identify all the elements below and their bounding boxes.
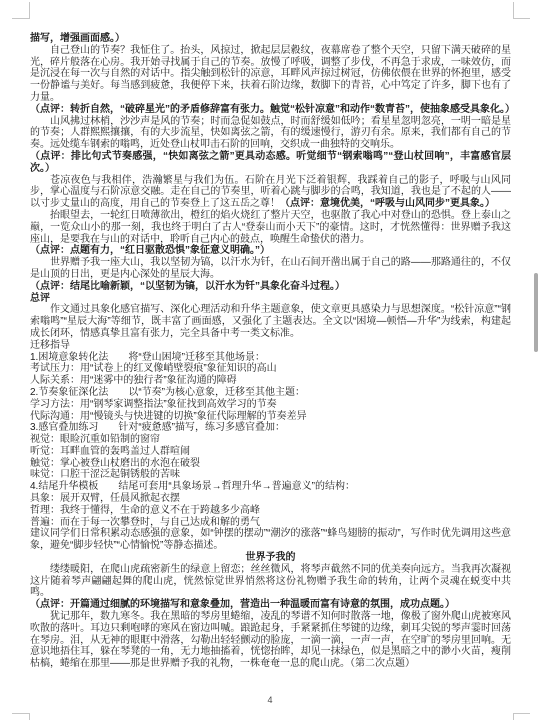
essay-paragraph: 山风拂过林梢，沙沙声是风的节奏；时而急促如鼓点，时而舒缓如低吟；看星星忽明忽亮，…: [30, 116, 511, 151]
margin-crop-mark-top-right: [513, 2, 530, 19]
bold-text-segment: （点评：开篇通过细腻的环境描写和意象叠加，营造出一种温暖而富有诗意的氛围，成功点…: [30, 599, 455, 610]
essay-paragraph: 苍凉夜色与我相伴，浩瀚繁星与我们为伍。石阶在月光下泛着银辉，我踩着自己的影子，呼…: [30, 175, 511, 210]
bold-text-segment: 总评: [30, 293, 50, 304]
text-segment: 山风拂过林梢，沙沙声是风的节奏；时而急促如鼓点，时而舒缓如低吟；看星星忽明忽亮，…: [30, 116, 511, 151]
guide-item: 学习方法：用“钢琴家调整指法”象征找到高效学习的节奏: [30, 399, 511, 411]
text-segment: 世界赠予我一座大山，我以坚韧为镐，以汗水为钎，在山石间开凿出属于自己的路——那路…: [30, 257, 511, 280]
guide-item: 听觉：耳畔血管的轰鸣盖过人群喧闹: [30, 446, 511, 458]
essay-paragraph: 世界赠予我一座大山，我以坚韧为镐，以汗水为钎，在山石间开凿出属于自己的路——那路…: [30, 257, 511, 281]
text-segment: 2.节奏象征深化法 以“节奏”为核心意象，迁移至其他主题：: [30, 387, 305, 398]
bold-text-segment: （点评：结尾比喻新颖，“以坚韧为镐，以汗水为钎”具象化奋斗过程。）: [30, 281, 345, 292]
section-heading-transfer-guide: 迁移指导: [30, 340, 511, 352]
document-page: 描写，增强画面感。）自己登山的节奏？我怔住了。抬头，风掠过，掀起层层縠纹，夜幕席…: [0, 0, 540, 720]
text-segment: 犹记那年，数九寒冬。我在黑暗的琴房里蜷缩，凌乱的琴谱不知何时散落一地，像极了窗外…: [30, 611, 511, 669]
essay-paragraph: 犹记那年，数九寒冬。我在黑暗的琴房里蜷缩，凌乱的琴谱不知何时散落一地，像极了窗外…: [30, 611, 511, 670]
guide-item: 普遍：而在于每一次攀登时，与自己达成和解的勇气: [30, 517, 511, 529]
guide-item: 人际关系：用“迷雾中的独行者”象征沟通的障碍: [30, 375, 511, 387]
section-heading-overall-review: 总评: [30, 293, 511, 305]
guide-item: 3.感官叠加练习 针对“疲惫感”描写，练习多感官叠加：: [30, 422, 511, 434]
guide-item: 代际沟通：用“慢镜头与快进键的切换”象征代际理解的节奏差异: [30, 411, 511, 423]
margin-crop-mark-top-left: [12, 2, 30, 19]
text-segment: 学习方法：用“钢琴家调整指法”象征找到高效学习的节奏: [30, 399, 277, 410]
guide-item: 味觉：口腔干涩泛起铜锈般的苦味: [30, 469, 511, 481]
margin-crop-mark-bottom-right: [513, 713, 530, 720]
guide-item: 2.节奏象征深化法 以“节奏”为核心意象，迁移至其他主题：: [30, 387, 511, 399]
text-segment: 代际沟通：用“慢镜头与快进键的切换”象征代际理解的节奏差异: [30, 411, 307, 422]
guide-item: 具象：展开双臂，任晨风掀起衣摆: [30, 493, 511, 505]
comment-annotation: （点评：转折自然，“破碎星光”的矛盾修辞富有张力。触觉“松针凉意”和动作“数青苔…: [30, 104, 511, 116]
text-segment: 建议同学们日常积累动态感强的意象，如“钟摆的摆动”“潮汐的涨落”“蜂鸟翅膀的振动…: [30, 528, 511, 551]
guide-item: 4.结尾升华模板 结尾可套用“具象场景→哲理升华→普遍意义”的结构：: [30, 481, 511, 493]
essay-paragraph: 缕缕暖阳，在爬山虎疏密新生的绿意上留恋；丝丝微风，将琴声截然不同的优美奏向远方。…: [30, 564, 511, 599]
essay-title: 世界予我的: [30, 552, 511, 564]
text-segment: 听觉：耳畔血管的轰鸣盖过人群喧闹: [30, 446, 190, 457]
text-segment: 普遍：而在于每一次攀登时，与自己达成和解的勇气: [30, 517, 260, 528]
text-segment: 触觉：掌心被登山杖磨出的水泡在破裂: [30, 458, 200, 469]
text-segment: 作文通过具象化感官描写、深化心理活动和升华主题意象，使文章更具感染力与思想深度。…: [30, 304, 511, 339]
text-segment: 3.感官叠加练习 针对“疲惫感”描写，练习多感官叠加：: [30, 422, 285, 433]
comment-annotation: （点评：点题有力，“红日驱散恐惧”象征意义明确。”）: [30, 245, 511, 257]
text-segment: 考试压力：用“试卷上的红叉像峭壁裂痕”象征知识的高山: [30, 363, 277, 374]
text-segment: 人际关系：用“迷雾中的独行者”象征沟通的障碍: [30, 375, 237, 386]
comment-annotation: （点评：开篇通过细腻的环境描写和意象叠加，营造出一种温暖而富有诗意的氛围，成功点…: [30, 599, 511, 611]
text-segment: 4.结尾升华模板 结尾可套用“具象场景→哲理升华→普遍意义”的结构：: [30, 481, 355, 492]
margin-crop-mark-bottom-left: [12, 713, 30, 720]
text-segment: 自己登山的节奏？我怔住了。抬头，风掠过，掀起层层縠纹，夜幕席卷了整个天空，只留下…: [30, 45, 511, 103]
bold-text-segment: 描写，增强画面感。）: [30, 33, 125, 44]
essay-paragraph: 作文通过具象化感官描写、深化心理活动和升华主题意象，使文章更具感染力与思想深度。…: [30, 304, 511, 339]
guide-item: 考试压力：用“试卷上的红叉像峭壁裂痕”象征知识的高山: [30, 363, 511, 375]
text-segment: 视觉：眼睑沉重如铅制的窗帘: [30, 434, 160, 445]
text-segment: 具象：展开双臂，任晨风掀起衣摆: [30, 493, 180, 504]
text-segment: 缕缕暖阳，在爬山虎疏密新生的绿意上留恋；丝丝微风，将琴声截然不同的优美奏向远方。…: [30, 564, 511, 599]
guide-item: 哲理：我终于懂得，生命的意义不在于跨越多少高峰: [30, 505, 511, 517]
guide-advice: 建议同学们日常积累动态感强的意象，如“钟摆的摆动”“潮汐的涨落”“蜂鸟翅膀的振动…: [30, 528, 511, 552]
text-segment: 味觉：口腔干涩泛起铜锈般的苦味: [30, 469, 180, 480]
document-content: 描写，增强画面感。）自己登山的节奏？我怔住了。抬头，风掠过，掀起层层縠纹，夜幕席…: [30, 33, 511, 670]
comment-annotation: （点评：排比句式节奏感强，“快如离弦之箭”更具动态感。听觉细节“钢索嗡鸣”“登山…: [30, 151, 511, 175]
text-segment: 哲理：我终于懂得，生命的意义不在于跨越多少高峰: [30, 505, 260, 516]
bold-text-segment: （点评：排比句式节奏感强，“快如离弦之箭”更具动态感。听觉细节“钢索嗡鸣”“登山…: [30, 151, 511, 174]
bold-text-segment: （点评：转折自然，“破碎星光”的矛盾修辞富有张力。触觉“松针凉意”和动作“数青苔…: [30, 104, 515, 115]
guide-item: 触觉：掌心被登山杖磨出的水泡在破裂: [30, 458, 511, 470]
guide-item: 视觉：眼睑沉重如铅制的窗帘: [30, 434, 511, 446]
essay-paragraph: 抬眼望去，一轮红日喷薄欲出，橙红的焰火烧红了整片天空，也驱散了我心中对登山的恐惧…: [30, 210, 511, 245]
text-segment: 抬眼望去，一轮红日喷薄欲出，橙红的焰火烧红了整片天空，也驱散了我心中对登山的恐惧…: [30, 210, 511, 245]
comment-annotation-tail: 描写，增强画面感。）: [30, 33, 511, 45]
vertical-scrollbar-thumb[interactable]: [534, 273, 538, 352]
bold-text-segment: （点评：点题有力，“红日驱散恐惧”象征意义明确。”）: [30, 245, 270, 256]
text-segment: 1.困境意象转化法 将“登山困境”迁移至其他场景：: [30, 352, 265, 363]
text-segment: 迁移指导: [30, 340, 70, 351]
page-number: 4: [0, 695, 540, 705]
comment-annotation: （点评：结尾比喻新颖，“以坚韧为镐，以汗水为钎”具象化奋斗过程。）: [30, 281, 511, 293]
bold-text-segment: （点评：意境优美，“呼吸与山风同步”更具象。）: [280, 198, 495, 209]
essay-paragraph: 自己登山的节奏？我怔住了。抬头，风掠过，掀起层层縠纹，夜幕席卷了整个天空，只留下…: [30, 45, 511, 104]
guide-item: 1.困境意象转化法 将“登山困境”迁移至其他场景：: [30, 352, 511, 364]
bold-text-segment: 世界予我的: [246, 552, 296, 563]
